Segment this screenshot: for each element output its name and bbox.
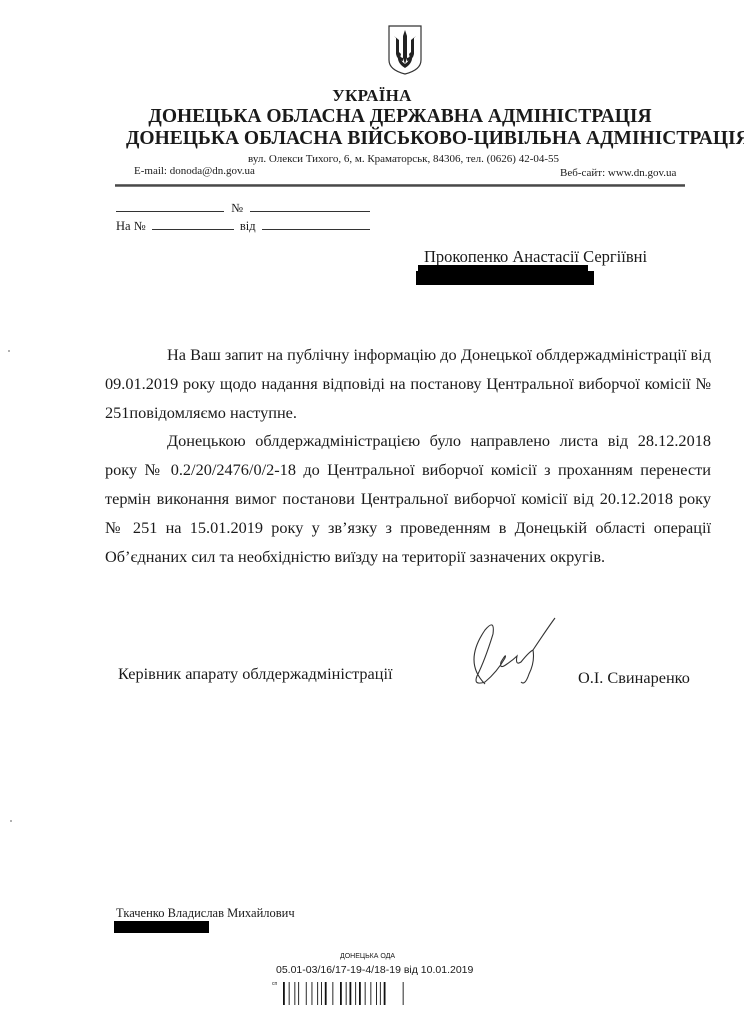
org-heading-2: ДОНЕЦЬКА ОБЛАСНА ВІЙСЬКОВО-ЦИВІЛЬНА АДМІ… <box>126 128 686 150</box>
reply-to-label: На № <box>116 219 146 233</box>
redaction-bar <box>114 921 209 933</box>
number-blank <box>250 200 370 212</box>
executor-name: Ткаченко Владислав Михайлович <box>116 906 295 921</box>
barcode-icon <box>281 982 459 1005</box>
scan-speck <box>8 350 10 352</box>
reply-number-blank <box>152 218 234 230</box>
registration-stamp-org: ДОНЕЦЬКА ОДА <box>340 953 395 960</box>
trident-emblem-icon <box>387 24 423 76</box>
scan-speck <box>10 820 12 822</box>
body-paragraph: Донецькою облдержадміністрацією було нап… <box>105 426 711 571</box>
recipient-name: Прокопенко Анастасії Сергіївні <box>424 247 647 267</box>
org-heading-1: ДОНЕЦЬКА ОБЛАСНА ДЕРЖАВНА АДМІНІСТРАЦІЯ <box>0 106 744 128</box>
scan-speck <box>478 445 480 447</box>
country-heading: УКРАЇНА <box>0 86 744 106</box>
signatory-title: Керівник апарату облдержадміністрації <box>118 664 393 684</box>
email-line: E-mail: donoda@dn.gov.ua <box>134 165 255 177</box>
stamp-prefix: сп <box>272 981 277 987</box>
signatory-name: О.І. Свинаренко <box>578 668 690 688</box>
redaction-bar <box>416 271 594 285</box>
number-sign: № <box>231 201 243 215</box>
outgoing-number-row: № <box>116 200 370 216</box>
date-blank <box>116 200 224 212</box>
website-line: Веб-сайт: www.dn.gov.ua <box>560 167 676 179</box>
handwritten-signature <box>455 612 575 692</box>
reply-to-row: На № від <box>116 218 370 234</box>
registration-number: 05.01-03/16/17-19-4/18-19 від 10.01.2019 <box>276 964 473 976</box>
reply-date-blank <box>262 218 370 230</box>
from-label: від <box>240 219 256 233</box>
address-line: вул. Олекси Тихого, 6, м. Краматорськ, 8… <box>248 153 559 165</box>
letterhead-divider <box>115 184 685 187</box>
body-paragraph: На Ваш запит на публічну інформацію до Д… <box>105 340 711 427</box>
